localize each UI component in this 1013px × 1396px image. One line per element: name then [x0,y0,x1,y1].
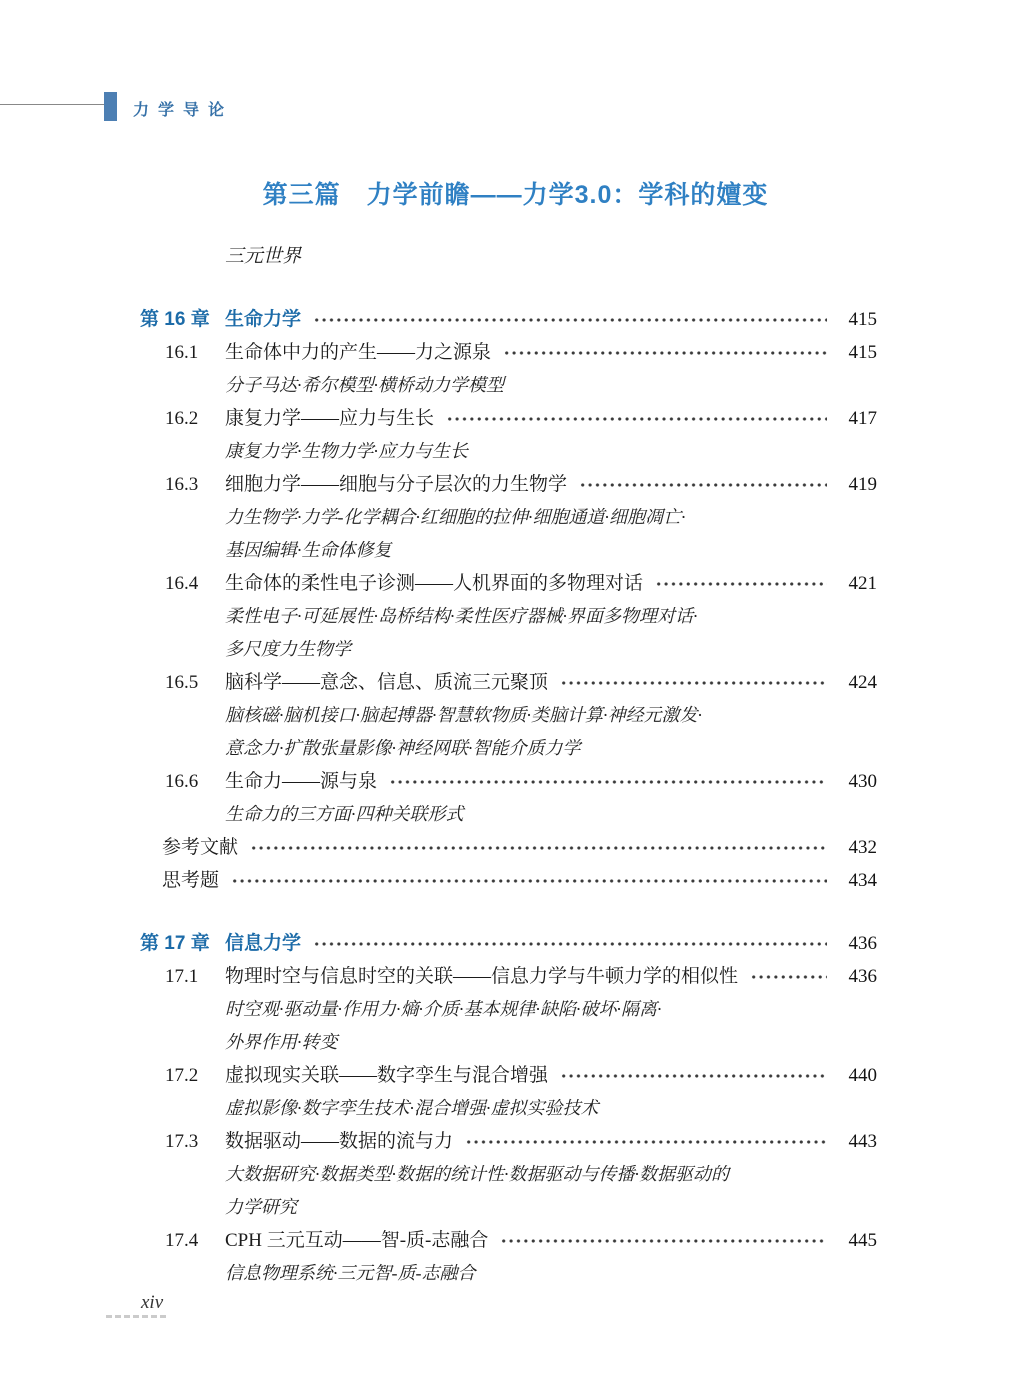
page-number: 436 [837,960,877,993]
keywords-line: 时空观·驱动量·作用力·熵·介质·基本规律·缺陷·破坏·隔离· [225,993,877,1026]
section-row: 17.2虚拟现实关联——数字孪生与混合增强440 [140,1059,877,1092]
keywords-line: 多尺度力生物学 [225,633,877,666]
dot-leader [313,316,827,324]
section-title: 生命力——源与泉 [225,765,377,798]
section-title: 康复力学——应力与生长 [225,402,434,435]
page-number: 440 [837,1059,877,1092]
section-title: 虚拟现实关联——数字孪生与混合增强 [225,1059,548,1092]
chapter-list: 第 16 章生命力学41516.1生命体中力的产生——力之源泉415分子马达·希… [140,303,877,1290]
header-rule [0,104,104,105]
page-number: 432 [837,831,877,864]
backmatter-title: 参考文献 [162,831,238,864]
section-row: 16.3细胞力学——细胞与分子层次的力生物学419 [140,468,877,501]
page-number: 421 [837,567,877,600]
keywords-line: 外界作用·转变 [225,1026,877,1059]
book-title: 力学导论 [133,97,233,120]
folio-page-number: xiv [141,1292,163,1314]
section-keywords: 信息物理系统·三元智-质-志融合 [140,1257,877,1290]
part-subtitle: 三元世界 [140,240,877,273]
keywords-line: 大数据研究·数据类型·数据的统计性·数据驱动与传播·数据驱动的 [225,1158,877,1191]
page-number: 443 [837,1125,877,1158]
dot-leader [446,415,827,423]
folio-dashes [106,1315,166,1318]
section-row: 16.1生命体中力的产生——力之源泉415 [140,336,877,369]
section-row: 17.3数据驱动——数据的流与力443 [140,1125,877,1158]
section-keywords: 柔性电子·可延展性·岛桥结构·柔性医疗器械·界面多物理对话·多尺度力生物学 [140,600,877,666]
section-title: 细胞力学——细胞与分子层次的力生物学 [225,468,567,501]
keywords-line: 基因编辑·生命体修复 [225,534,877,567]
section-number: 17.2 [165,1059,225,1092]
section-keywords: 时空观·驱动量·作用力·熵·介质·基本规律·缺陷·破坏·隔离·外界作用·转变 [140,993,877,1059]
keywords-line: 生命力的三方面·四种关联形式 [225,798,877,831]
section-keywords: 分子马达·希尔模型·横桥动力学模型 [140,369,877,402]
keywords-line: 信息物理系统·三元智-质-志融合 [225,1257,877,1290]
section-number: 17.3 [165,1125,225,1158]
section-number: 17.1 [165,960,225,993]
toc-content: 第三篇 力学前瞻——力学3.0：学科的嬗变 三元世界 第 16 章生命力学415… [140,178,877,1290]
section-title: 生命体中力的产生——力之源泉 [225,336,491,369]
section-title: 物理时空与信息时空的关联——信息力学与牛顿力学的相似性 [225,960,738,993]
chapter-row: 第 16 章生命力学415 [140,303,877,336]
dot-leader [560,1072,827,1080]
section-row: 17.1物理时空与信息时空的关联——信息力学与牛顿力学的相似性436 [140,960,877,993]
chapter-label: 第 16 章 [140,303,225,336]
chapter-block: 第 16 章生命力学41516.1生命体中力的产生——力之源泉415分子马达·希… [140,303,877,897]
backmatter-title: 思考题 [162,864,219,897]
dot-leader [465,1138,827,1146]
dot-leader [560,679,827,687]
section-number: 16.1 [165,336,225,369]
page-number: 417 [837,402,877,435]
dot-leader [500,1237,827,1245]
section-number: 17.4 [165,1224,225,1257]
header-accent-bar [104,92,117,121]
keywords-line: 分子马达·希尔模型·横桥动力学模型 [225,369,877,402]
section-keywords: 力生物学·力学-化学耦合·红细胞的拉伸·细胞通道·细胞凋亡·基因编辑·生命体修复 [140,501,877,567]
chapter-row: 第 17 章信息力学436 [140,927,877,960]
section-number: 16.6 [165,765,225,798]
section-keywords: 康复力学·生物力学·应力与生长 [140,435,877,468]
page-number: 445 [837,1224,877,1257]
keywords-line: 意念力·扩散张量影像·神经网联·智能介质力学 [225,732,877,765]
keywords-line: 柔性电子·可延展性·岛桥结构·柔性医疗器械·界面多物理对话· [225,600,877,633]
dot-leader [250,844,827,852]
section-title: 生命体的柔性电子诊测——人机界面的多物理对话 [225,567,643,600]
section-keywords: 生命力的三方面·四种关联形式 [140,798,877,831]
chapter-label: 第 17 章 [140,927,225,960]
section-row: 16.4生命体的柔性电子诊测——人机界面的多物理对话421 [140,567,877,600]
page-number: 424 [837,666,877,699]
chapter-title: 信息力学 [225,927,301,960]
keywords-line: 力学研究 [225,1191,877,1224]
page-number: 434 [837,864,877,897]
keywords-line: 脑核磁·脑机接口·脑起搏器·智慧软物质·类脑计算·神经元激发· [225,699,877,732]
section-title: CPH 三元互动——智-质-志融合 [225,1224,488,1257]
part-title: 第三篇 力学前瞻——力学3.0：学科的嬗变 [140,178,877,212]
keywords-line: 力生物学·力学-化学耦合·红细胞的拉伸·细胞通道·细胞凋亡· [225,501,877,534]
section-row: 16.5脑科学——意念、信息、质流三元聚顶424 [140,666,877,699]
section-keywords: 脑核磁·脑机接口·脑起搏器·智慧软物质·类脑计算·神经元激发·意念力·扩散张量影… [140,699,877,765]
section-title: 数据驱动——数据的流与力 [225,1125,453,1158]
section-row: 17.4CPH 三元互动——智-质-志融合445 [140,1224,877,1257]
section-row: 16.2康复力学——应力与生长417 [140,402,877,435]
page-number: 415 [837,303,877,336]
chapter-title: 生命力学 [225,303,301,336]
page-number: 436 [837,927,877,960]
section-keywords: 大数据研究·数据类型·数据的统计性·数据驱动与传播·数据驱动的力学研究 [140,1158,877,1224]
page-number: 419 [837,468,877,501]
section-number: 16.2 [165,402,225,435]
dot-leader [655,580,827,588]
section-number: 16.4 [165,567,225,600]
section-title: 脑科学——意念、信息、质流三元聚顶 [225,666,548,699]
section-keywords: 虚拟影像·数字孪生技术·混合增强·虚拟实验技术 [140,1092,877,1125]
keywords-line: 康复力学·生物力学·应力与生长 [225,435,877,468]
section-row: 16.6生命力——源与泉430 [140,765,877,798]
dot-leader [389,778,827,786]
section-number: 16.5 [165,666,225,699]
keywords-line: 虚拟影像·数字孪生技术·混合增强·虚拟实验技术 [225,1092,877,1125]
dot-leader [579,481,827,489]
backmatter-row: 参考文献432 [140,831,877,864]
dot-leader [503,349,827,357]
section-number: 16.3 [165,468,225,501]
dot-leader [313,940,827,948]
page-number: 415 [837,336,877,369]
chapter-block: 第 17 章信息力学43617.1物理时空与信息时空的关联——信息力学与牛顿力学… [140,927,877,1290]
backmatter-row: 思考题434 [140,864,877,897]
dot-leader [750,973,827,981]
page-number: 430 [837,765,877,798]
dot-leader [231,877,827,885]
